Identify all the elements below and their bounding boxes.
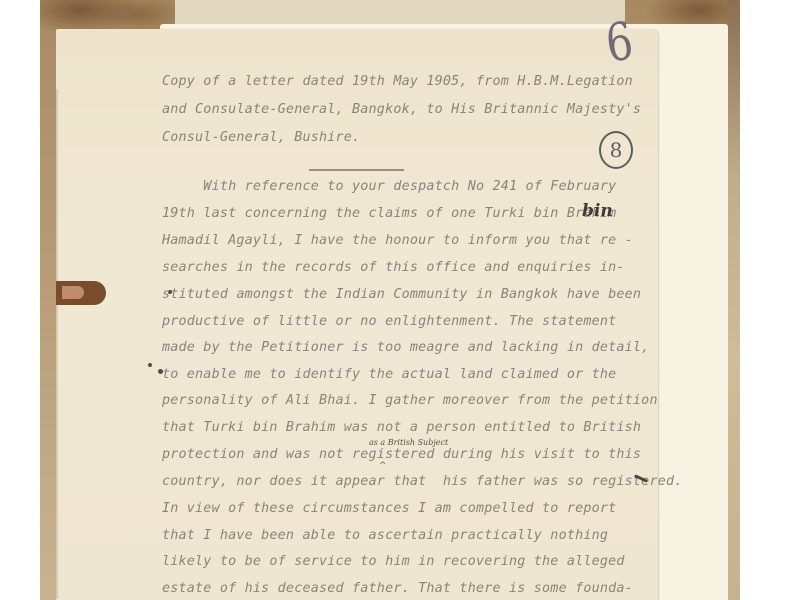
body-line-7: made by the Petitioner is too meagre and… bbox=[162, 340, 649, 355]
letter-page: 6 8 Copy of a letter dated 19th May 1905… bbox=[56, 29, 658, 600]
heading-line-1: Copy of a letter dated 19th May 1905, fr… bbox=[162, 74, 633, 89]
ink-speck bbox=[148, 363, 152, 367]
heading-line-2: and Consulate-General, Bangkok, to His B… bbox=[162, 102, 641, 117]
backing-top-paper-strip bbox=[175, 0, 625, 26]
handwritten-insertion-british-subject: as a British Subject bbox=[369, 438, 448, 447]
body-line-11: protection and was not registered during… bbox=[162, 447, 641, 462]
body-line-15: likely to be of service to him in recove… bbox=[162, 554, 625, 569]
body-line-9: personality of Ali Bhai. I gather moreov… bbox=[162, 393, 658, 408]
body-line-3: Hamadil Agayli, I have the honour to inf… bbox=[162, 233, 633, 248]
body-line-5: stituted amongst the Indian Community in… bbox=[162, 287, 641, 302]
body-line-4: searches in the records of this office a… bbox=[162, 260, 625, 275]
scanned-document-view: 6 8 Copy of a letter dated 19th May 1905… bbox=[0, 0, 800, 600]
body-line-6: productive of little or no enlightenment… bbox=[162, 314, 616, 329]
body-line-10: that Turki bin Brahim was not a person e… bbox=[162, 420, 641, 435]
body-line-2: 19th last concerning the claims of one T… bbox=[162, 206, 616, 221]
letter-body: With reference to your despatch No 241 o… bbox=[56, 29, 106, 299]
insertion-caret: ^ bbox=[379, 461, 387, 471]
body-line-16: estate of his deceased father. That ther… bbox=[162, 581, 633, 596]
body-line-13: In view of these circumstances I am comp… bbox=[162, 501, 616, 516]
handwritten-insertion-bin: bin bbox=[582, 201, 613, 221]
body-line-8: to enable me to identify the actual land… bbox=[162, 367, 616, 382]
body-line-1: With reference to your despatch No 241 o… bbox=[162, 179, 616, 194]
heading-line-3: Consul-General, Bushire. bbox=[162, 130, 360, 145]
heading-divider bbox=[309, 169, 404, 171]
circled-folio-number: 8 bbox=[599, 131, 633, 169]
body-line-14: that I have been able to ascertain pract… bbox=[162, 528, 608, 543]
backing-right-edge bbox=[727, 0, 740, 600]
body-line-12: country, nor does it appear that his fat… bbox=[162, 474, 683, 489]
